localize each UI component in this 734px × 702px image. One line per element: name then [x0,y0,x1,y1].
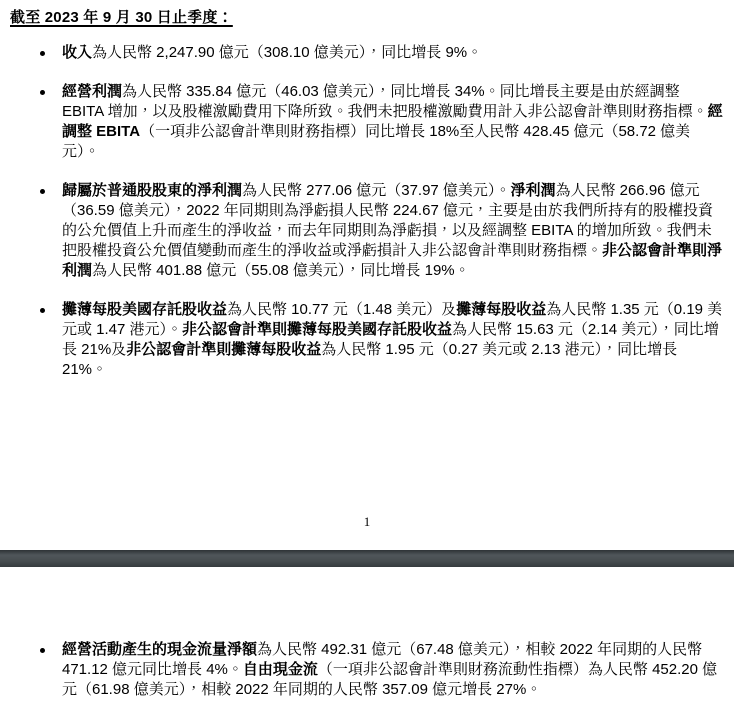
bullet-text-net-income: 歸屬於普通股股東的淨利潤為人民幣 277.06 億元（37.97 億美元）。淨利… [62,182,722,279]
list-item-net-income: 歸屬於普通股股東的淨利潤為人民幣 277.06 億元（37.97 億美元）。淨利… [62,181,724,281]
section-heading: 截至 2023 年 9 月 30 日止季度： [10,8,724,28]
page-1-content: 截至 2023 年 9 月 30 日止季度： 收入為人民幣 2,247.90 億… [0,0,734,380]
bullet-text-operating-profit: 經營利潤為人民幣 335.84 億元（46.03 億美元），同比增長 34%。同… [62,83,723,160]
page-2-content: 經營活動產生的現金流量淨額為人民幣 492.31 億元（67.48 億美元），相… [0,640,734,700]
bullet-text-revenue: 收入為人民幣 2,247.90 億元（308.10 億美元），同比增長 9%。 [62,44,482,61]
list-item-revenue: 收入為人民幣 2,247.90 億元（308.10 億美元），同比增長 9%。 [62,43,724,63]
bullet-icon [40,648,45,653]
list-item-cash-flow: 經營活動產生的現金流量淨額為人民幣 492.31 億元（67.48 億美元），相… [62,640,724,700]
page-number: 1 [0,514,734,530]
list-item-operating-profit: 經營利潤為人民幣 335.84 億元（46.03 億美元），同比增長 34%。同… [62,82,724,162]
bullet-icon [40,51,45,56]
bullet-text-cash-flow: 經營活動產生的現金流量淨額為人民幣 492.31 億元（67.48 億美元），相… [62,641,717,698]
quarter-highlights-list: 收入為人民幣 2,247.90 億元（308.10 億美元），同比增長 9%。 … [62,43,724,380]
list-item-eps: 攤薄每股美國存託股收益為人民幣 10.77 元（1.48 美元）及攤薄每股收益為… [62,300,724,380]
bullet-icon [40,90,45,95]
bullet-icon [40,308,45,313]
cash-flow-list: 經營活動產生的現金流量淨額為人民幣 492.31 億元（67.48 億美元），相… [62,640,724,700]
bullet-icon [40,189,45,194]
bullet-text-eps: 攤薄每股美國存託股收益為人民幣 10.77 元（1.48 美元）及攤薄每股收益為… [62,301,722,378]
page-separator [0,550,734,567]
